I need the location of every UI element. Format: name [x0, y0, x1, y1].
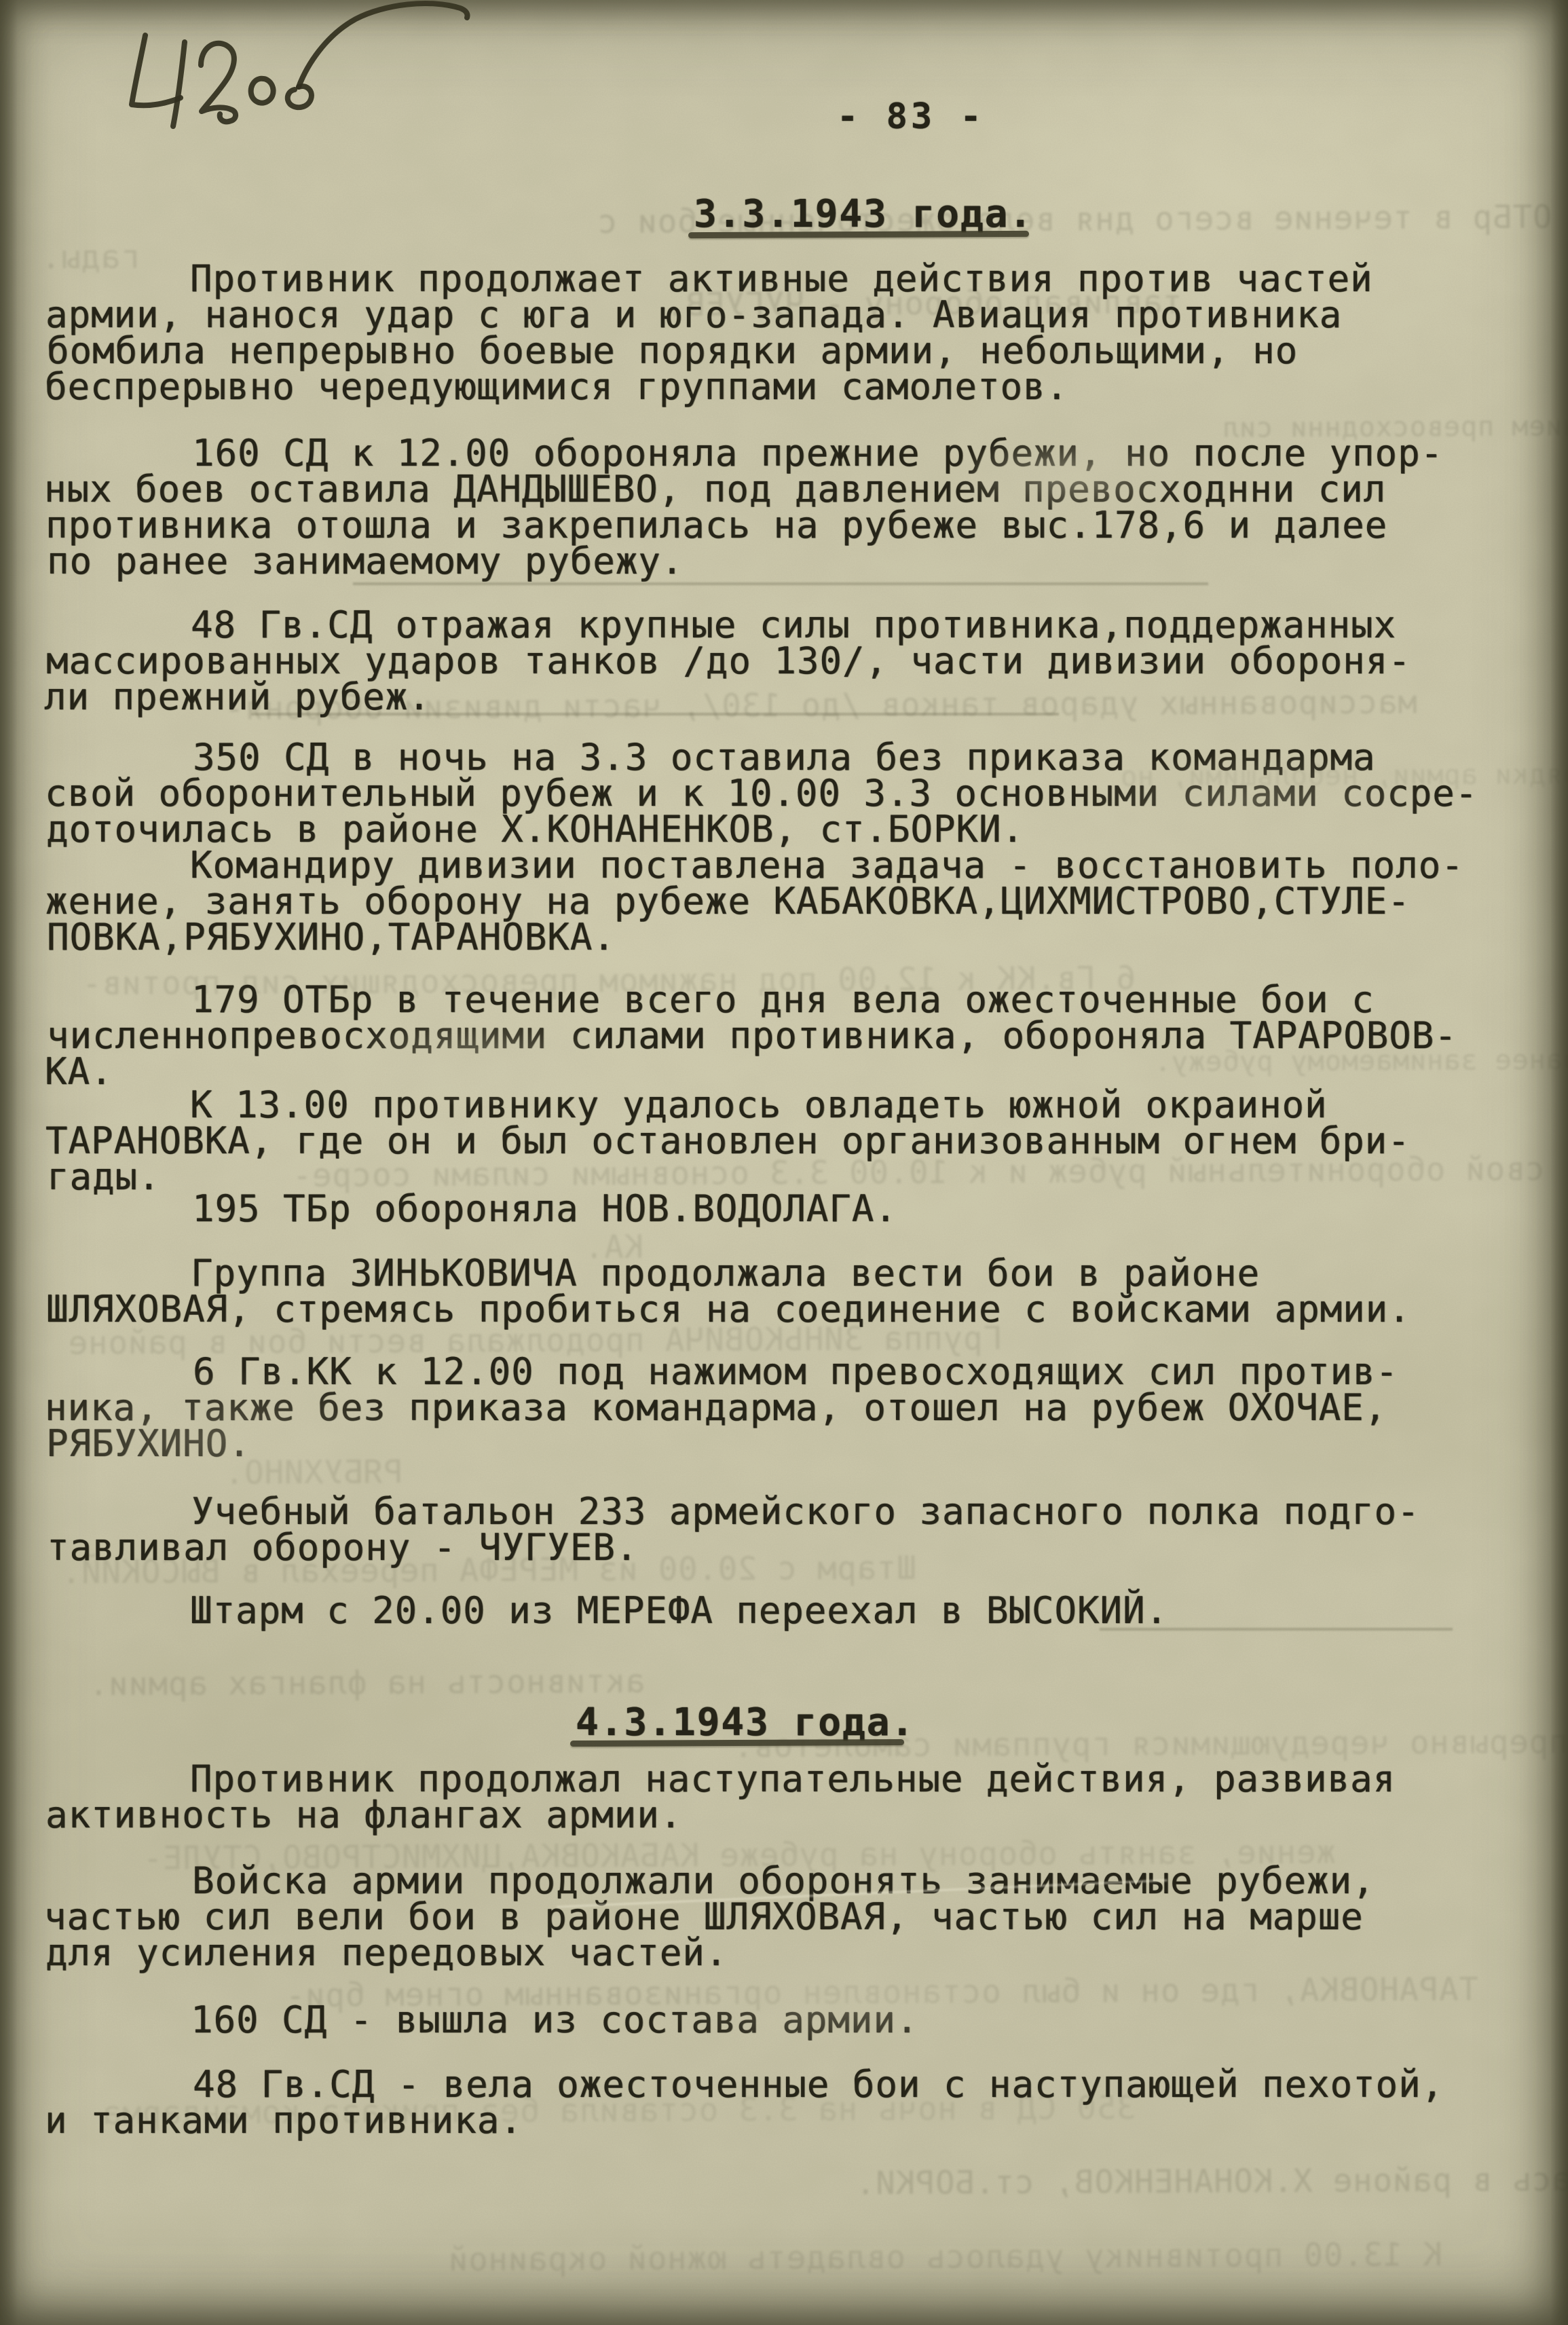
typed-line: ника, также без приказа командарма, отош… — [45, 1390, 1396, 1426]
typed-line: Штарм с 20.00 из МЕРЕФА переехал в ВЫСОК… — [44, 1593, 1168, 1629]
date-heading-underline-0 — [688, 231, 1029, 238]
typed-line: Командиру дивизии поставлена задача - во… — [44, 847, 1477, 883]
page-number: - 83 - — [837, 96, 985, 137]
typed-line: 160 СД к 12.00 обороняла прежние рубежи,… — [46, 435, 1443, 471]
paragraph: 195 ТБр обороняла НОВ.ВОДОЛАГА. — [45, 1191, 897, 1227]
paragraph: Учебный батальон 233 армейского запасног… — [45, 1493, 1420, 1565]
typed-line: численнопревосходящими силами противника… — [47, 1018, 1457, 1054]
typed-line: частью сил вели бои в районе ШЛЯХОВАЯ, ч… — [44, 1899, 1373, 1935]
typed-line: ШЛЯХОВАЯ, стремясь пробиться на соединен… — [46, 1291, 1411, 1327]
paragraph: 160 СД к 12.00 обороняла прежние рубежи,… — [45, 435, 1442, 579]
bleedthrough-text: К 13.00 противнику удалось овладеть южно… — [448, 2236, 1442, 2279]
typed-line: 48 Гв.СД - вела ожесточенные бои с насту… — [47, 2066, 1444, 2102]
document-page: 179 ОТБр в течение всего дня вела ожесто… — [0, 0, 1568, 2325]
typed-line: беспрерывно чередующимися группами самол… — [45, 369, 1374, 405]
bleedthrough-text: активность на флангах армии. — [88, 1663, 646, 1703]
paragraph: Штарм с 20.00 из МЕРЕФА переехал в ВЫСОК… — [45, 1593, 1170, 1629]
typed-line: ПОВКА,РЯБУХИНО,ТАРАНОВКА. — [47, 919, 1480, 955]
typed-line: свой оборонительный рубеж и к 10.00 3.3 … — [45, 775, 1478, 811]
typed-line: Группа ЗИНЬКОВИЧА продолжала вести бои в… — [45, 1255, 1410, 1291]
handwritten-page-number — [0, 0, 516, 183]
page-left-edge-shadow — [0, 0, 18, 2325]
paragraph: 179 ОТБр в течение всего дня вела ожесто… — [45, 982, 1456, 1090]
typed-line: тавливал оборону - ЧУГУЕВ. — [47, 1529, 1421, 1565]
typed-line: 160 СД - вышла из состава армии. — [45, 2002, 918, 2038]
typed-line: массированных ударов танков /до 130/, ча… — [46, 643, 1411, 679]
typed-line: 195 ТБр обороняла НОВ.ВОДОЛАГА. — [46, 1191, 897, 1227]
page-right-edge-shadow — [1550, 0, 1568, 2325]
paragraph: К 13.00 противнику удалось овладеть южно… — [45, 1087, 1411, 1195]
typed-line: противника отошла и закрепилась на рубеж… — [45, 507, 1442, 543]
typed-line: активность на флангах армии. — [45, 1797, 1397, 1833]
typed-line: жение, занять оборону на рубеже КАБАКОВК… — [45, 883, 1478, 919]
paragraph: Группа ЗИНЬКОВИЧА продолжала вести бои в… — [45, 1255, 1411, 1327]
typed-line: ли прежний рубеж. — [44, 679, 1409, 715]
typed-line: 6 Гв.КК к 12.00 под нажимом превосходящи… — [47, 1354, 1398, 1390]
typed-line: РЯБУХИНО. — [46, 1426, 1398, 1462]
paragraph: Противник продолжал наступательные дейст… — [45, 1761, 1397, 1833]
bleedthrough-rule — [353, 582, 1208, 585]
typed-line: Противник продолжает активные действия п… — [44, 261, 1373, 297]
paragraph: 6 Гв.КК к 12.00 под нажимом превосходящи… — [45, 1354, 1397, 1462]
typed-line: Противник продолжал наступательные дейст… — [44, 1761, 1396, 1797]
typed-line: для усиления передовых частей. — [45, 1935, 1375, 1971]
typed-line: и танками противника. — [45, 2102, 1442, 2138]
typed-line: доточилась в районе Х.КОНАНЕНКОВ, ст.БОР… — [46, 811, 1479, 847]
paragraph: 160 СД - вышла из состава армии. — [45, 2002, 919, 2038]
typed-line: бомбила непрерывно боевые порядки армии,… — [47, 333, 1376, 369]
typed-line: ТАРАНОВКА, где он и был остановлен орган… — [45, 1123, 1411, 1159]
paragraph: 48 Гв.СД отражая крупные силы противника… — [45, 607, 1411, 715]
typed-line: 179 ОТБр в течение всего дня вела ожесто… — [45, 982, 1456, 1018]
typed-line: К 13.00 противнику удалось овладеть южно… — [44, 1087, 1409, 1123]
paragraph: Противник продолжает активные действия п… — [45, 261, 1375, 405]
typed-line: 350 СД в ночь на 3.3 оставила без приказ… — [47, 739, 1480, 775]
paragraph: Войска армии продолжали оборонять занима… — [45, 1863, 1375, 1971]
typed-line: Учебный батальон 233 армейского запасног… — [45, 1493, 1420, 1529]
typed-line: по ранее занимаемому рубежу. — [47, 543, 1444, 579]
typed-line: ных боев оставила ДАНДЫШЕВО, под давлени… — [44, 471, 1441, 507]
date-heading-underline-1 — [570, 1739, 904, 1747]
typed-line: армии, нанося удар с юга и юго-запада. А… — [45, 297, 1375, 333]
paragraph: 350 СД в ночь на 3.3 оставила без приказ… — [45, 739, 1478, 955]
date-heading-0: 3.3.1943 года. — [694, 192, 1033, 236]
typed-line: Войска армии продолжали оборонять занима… — [46, 1863, 1375, 1899]
bleedthrough-text: доточилась в районе Х.КОНАНЕНКОВ, ст.БОР… — [855, 2161, 1568, 2203]
typed-line: 48 Гв.СД отражая крупные силы противника… — [45, 607, 1410, 643]
date-heading-1: 4.3.1943 года. — [576, 1700, 915, 1745]
paragraph: 48 Гв.СД - вела ожесточенные бои с насту… — [45, 2066, 1442, 2138]
